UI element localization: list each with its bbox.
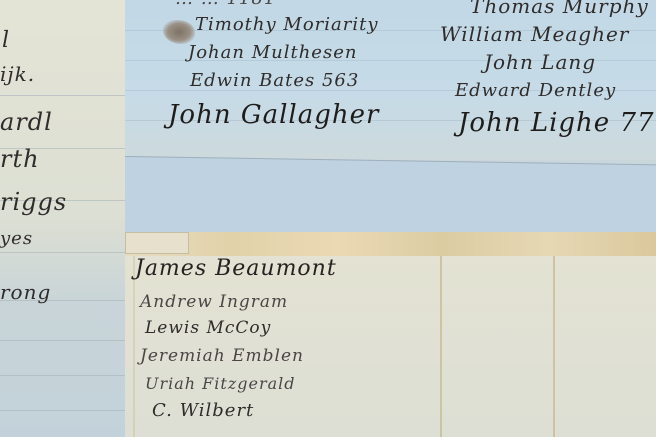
left-fragment: ardl bbox=[0, 108, 53, 136]
name-entry: Timothy Moriarity bbox=[195, 14, 379, 35]
name-entry: James Beaumont bbox=[135, 256, 337, 281]
name-entry: John Gallagher bbox=[168, 100, 379, 130]
name-entry: Thomas Murphy bbox=[470, 0, 649, 18]
left-fragment: yes bbox=[0, 228, 33, 249]
ruled-line bbox=[0, 375, 125, 376]
name-entry: Jeremiah Emblen bbox=[140, 346, 304, 366]
left-fragment: ijk. bbox=[0, 62, 35, 86]
column-rule bbox=[133, 256, 135, 437]
name-entry: C. Wilbert bbox=[152, 400, 254, 421]
column-rule bbox=[553, 256, 555, 437]
ruled-line bbox=[0, 252, 125, 253]
header-fragment: … … 1181 bbox=[175, 0, 276, 9]
left-sheet: l ijk. ardl rth riggs yes rong bbox=[0, 0, 127, 437]
name-entry: Andrew Ingram bbox=[140, 292, 288, 312]
name-entry: John Lang bbox=[484, 50, 596, 74]
column-rule bbox=[440, 256, 442, 437]
left-fragment: rong bbox=[0, 280, 51, 304]
water-stain-band bbox=[125, 232, 656, 258]
name-entry: Edwin Bates 563 bbox=[190, 70, 359, 91]
left-fragment: rth bbox=[0, 145, 40, 173]
ruled-line bbox=[0, 410, 125, 411]
document-photo: l ijk. ardl rth riggs yes rong … … 1181 … bbox=[0, 0, 656, 437]
name-entry: Edward Dentley bbox=[455, 80, 616, 101]
left-fragment: riggs bbox=[0, 188, 67, 216]
name-entry: Lewis McCoy bbox=[145, 318, 271, 338]
paper-tab bbox=[125, 232, 189, 254]
ruled-line bbox=[0, 340, 125, 341]
name-entry: John Lighe 77 bbox=[458, 108, 655, 138]
name-entry: William Meagher bbox=[440, 22, 629, 46]
ruled-line bbox=[0, 95, 125, 96]
name-entry: Uriah Fitzgerald bbox=[145, 374, 296, 393]
name-entry: … bbox=[152, 425, 169, 437]
left-fragment: l bbox=[2, 28, 10, 53]
name-entry: Johan Multhesen bbox=[188, 42, 357, 63]
